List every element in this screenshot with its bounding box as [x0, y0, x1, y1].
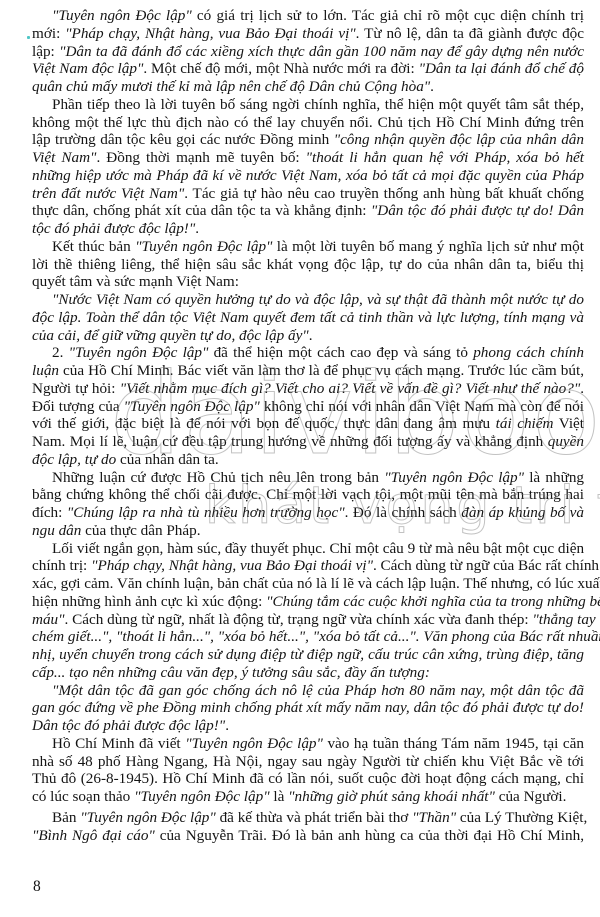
- text-segment: Lối viết ngắn gọn, hàm súc, đầy thuyết p…: [52, 540, 584, 557]
- italic-segment: luận: [32, 362, 59, 379]
- italic-segment: "Một dân tộc đã gan góc chống ách nô lệ …: [52, 682, 584, 699]
- text-line: mới: "Pháp chạy, Nhật hàng, vua Bảo Đại …: [32, 25, 584, 43]
- text-segment: Nam. Mọi lí lẽ, luận cứ đều tập trung hư…: [32, 433, 548, 450]
- text-line: lập trường dân tộc kêu gọi các nước Đồng…: [32, 131, 584, 149]
- text-segment: không chỉ nói với nhân dân Việt Nam mà c…: [260, 398, 584, 415]
- italic-segment: "Dân ta lại đánh đổ chế độ: [419, 60, 584, 77]
- italic-segment: "Tuyên ngôn Độc lập": [135, 238, 272, 255]
- text-segment: quyết tâm và sức mạnh Việt Nam:: [32, 273, 239, 290]
- text-line: chính trị: "Pháp chạy, Nhật hàng, vua Bả…: [32, 557, 584, 575]
- text-segment: của Người.: [495, 788, 567, 805]
- text-segment: là những: [524, 469, 584, 486]
- text-segment: là: [270, 788, 289, 805]
- text-line: Nam. Mọi lí lẽ, luận cứ đều tập trung hư…: [32, 433, 584, 451]
- text-line: của cải, để giữ vững quyền tự do, độc lậ…: [32, 327, 584, 345]
- text-line: 2. "Tuyên ngôn Độc lập" đã thể hiện một …: [32, 344, 584, 362]
- text-segment: .: [309, 327, 313, 344]
- text-segment: không một thế lực thù địch nào có thể la…: [32, 114, 584, 131]
- italic-segment: "Chúng tắm các cuộc khởi nghĩa của ta tr…: [266, 593, 600, 610]
- italic-segment: "Tuyên ngôn Độc lập": [185, 735, 323, 752]
- text-segment: . Tác giả tự hào nêu cao truyền thống an…: [184, 185, 584, 202]
- text-line: chém giết...", "thoát li hẳn...", "xóa b…: [32, 628, 584, 646]
- text-segment: Thủ đô (26-8-1945). Hồ Chí Minh đã có lầ…: [32, 770, 584, 787]
- text-line: những hiệp ước mà Pháp đã kí về nước Việ…: [32, 167, 584, 185]
- text-segment: Đối tượng của: [32, 398, 124, 415]
- text-line: Dân tộc đó phải được độc lập!".: [32, 717, 584, 735]
- italic-segment: "công nhận quyền độc lập của nhân dân: [334, 131, 584, 148]
- text-segment: Kết thúc bản: [52, 238, 135, 255]
- text-segment: .: [430, 78, 434, 95]
- italic-segment: "những giờ phút sảng khoái nhất": [288, 788, 495, 805]
- page-body: "Tuyên ngôn Độc lập" có giá trị lịch sử …: [32, 7, 584, 844]
- italic-segment: độc lập. Toàn thể dân tộc Việt Nam quyết…: [32, 309, 584, 326]
- text-segment: . Cách dùng từ ngữ, nhất là động từ, trạ…: [65, 611, 533, 628]
- text-line: ngu dân của thực dân Pháp.: [32, 522, 584, 540]
- text-line: máu". Cách dùng từ ngữ, nhất là động từ,…: [32, 611, 584, 629]
- scan-speck: [27, 36, 30, 39]
- text-segment: lập trường dân tộc kêu gọi các nước Đồng…: [32, 131, 334, 148]
- text-line: Bản "Tuyên ngôn Độc lập" đã kế thừa và p…: [32, 809, 584, 827]
- text-line: tộc đó phải được độc lập!".: [32, 220, 584, 238]
- text-line: lập: "Dân ta đã đánh đổ các xiềng xích t…: [32, 43, 584, 61]
- text-line: nhị, uyển chuyển trong cách sử dụng điệp…: [32, 646, 584, 664]
- text-line: độc lập, tự do của nhân dân ta.: [32, 451, 584, 469]
- italic-segment: nhị, uyển chuyển trong cách sử dụng điệp…: [32, 646, 584, 663]
- text-segment: của Lý Thường Kiệt,: [456, 809, 587, 826]
- italic-segment: "Thần": [412, 809, 456, 826]
- text-line: cấp... tạo nên những câu văn đẹp, ý tưởn…: [32, 664, 584, 682]
- text-line: không một thế lực thù địch nào có thể la…: [32, 114, 584, 132]
- text-segment: xác, gợi cảm. Văn chính luận, bản chất c…: [32, 575, 600, 592]
- text-line: với thế giới, đặc biệt là để nói với bọn…: [32, 415, 584, 433]
- page-number: 8: [33, 878, 41, 896]
- text-segment: chính trị:: [32, 557, 91, 574]
- italic-segment: máu": [32, 611, 65, 628]
- text-segment: có giá trị lịch sử to lớn. Tác giả chỉ r…: [192, 7, 584, 24]
- text-segment: Hồ Chí Minh đã viết: [52, 735, 185, 752]
- text-segment: có lúc soạn thảo: [32, 788, 134, 805]
- text-line: xác, gợi cảm. Văn chính luận, bản chất c…: [32, 575, 584, 593]
- text-segment: Bản: [52, 809, 80, 826]
- text-line: quyết tâm và sức mạnh Việt Nam:: [32, 273, 584, 291]
- text-line: Lối viết ngắn gọn, hàm súc, đầy thuyết p…: [32, 540, 584, 558]
- italic-segment: đàn áp khủng bố và: [461, 504, 584, 521]
- italic-segment: độc lập, tự do: [32, 451, 116, 468]
- text-segment: đã kế thừa và phát triển bài thơ: [216, 809, 412, 826]
- italic-segment: "Viết nhằm mục đích gì? Viết cho ai? Viế…: [120, 380, 581, 397]
- text-segment: bằng chứng không thể chối cãi được. Chỉ …: [32, 486, 584, 503]
- text-segment: . Cách dùng từ ngữ của Bác rất chính: [373, 557, 599, 574]
- italic-segment: "Pháp chạy, Nhật hàng, vua Bảo Đại thoái…: [91, 557, 373, 574]
- text-segment: của nhân dân ta.: [116, 451, 218, 468]
- text-segment: 2.: [52, 344, 69, 361]
- text-segment: . Đồng thời mạnh mẽ tuyên bố:: [96, 149, 305, 166]
- text-segment: nhà số 48 phố Hàng Ngang, Hà Nội, ngay s…: [32, 753, 584, 770]
- italic-segment: của cải, để giữ vững quyền tự do, độc lậ…: [32, 327, 309, 344]
- italic-segment: "thẳng tay: [532, 611, 595, 628]
- text-line: Đối tượng của "Tuyên ngôn Độc lập" không…: [32, 398, 584, 416]
- text-line: đích: "Chúng lập ra nhà tù nhiều hơn trư…: [32, 504, 584, 522]
- text-line: Kết thúc bản "Tuyên ngôn Độc lập" là một…: [32, 238, 584, 256]
- text-segment: của Hồ Chí Minh. Bác viết văn làm thơ là…: [59, 362, 584, 379]
- text-segment: .: [225, 717, 229, 734]
- text-line: thực dân, chống phát xít của dân tộc ta …: [32, 202, 584, 220]
- text-segment: . Từ nô lệ, dân ta đã giành được độc: [356, 25, 584, 42]
- text-line: Những luận cứ được Hồ Chủ tịch nêu lên t…: [32, 469, 584, 487]
- text-line: Việt Nam độc lập". Một chế độ mới, một N…: [32, 60, 584, 78]
- text-segment: . Một chế độ mới, một Nhà nước mới ra đờ…: [143, 60, 418, 77]
- text-segment: lời thề thiêng liêng, thể hiện sâu sắc k…: [32, 256, 584, 273]
- text-line: Việt Nam". Đồng thời mạnh mẽ tuyên bố: "…: [32, 149, 584, 167]
- italic-segment: gan góc đứng về phe Đồng minh chống phát…: [32, 699, 584, 716]
- text-line: Thủ đô (26-8-1945). Hồ Chí Minh đã có lầ…: [32, 770, 584, 788]
- text-line: độc lập. Toàn thể dân tộc Việt Nam quyết…: [32, 309, 584, 327]
- text-line: quân chủ mấy mươi thế kỉ mà lập nên chế …: [32, 78, 584, 96]
- italic-segment: cấp... tạo nên những câu văn đẹp, ý tưởn…: [32, 664, 430, 681]
- text-line: "Nước Việt Nam có quyền hưởng tự do và đ…: [32, 291, 584, 309]
- text-segment: Người tự hỏi:: [32, 380, 120, 397]
- text-segment: Những luận cứ được Hồ Chủ tịch nêu lên t…: [52, 469, 384, 486]
- text-line: hiện những hình ảnh cực kì xúc động: "Ch…: [32, 593, 584, 611]
- text-segment: vào hạ tuần tháng Tám năm 1945, tại căn: [323, 735, 584, 752]
- text-segment: .: [195, 220, 199, 237]
- italic-segment: quyền: [548, 433, 584, 450]
- italic-segment: "Dân tộc đó phải được tự do! Dân: [371, 202, 584, 219]
- italic-segment: Việt Nam độc lập": [32, 60, 143, 77]
- text-segment: của thực dân Pháp.: [81, 522, 200, 539]
- italic-segment: "thoát li hẳn quan hệ với Pháp, xóa bỏ h…: [306, 149, 584, 166]
- text-segment: mới:: [32, 25, 65, 42]
- text-line: có lúc soạn thảo "Tuyên ngôn Độc lập" là…: [32, 788, 584, 806]
- text-segment: lập:: [32, 43, 59, 60]
- text-segment: hiện những hình ảnh cực kì xúc động:: [32, 593, 266, 610]
- italic-segment: "Tuyên ngôn Độc lập": [80, 809, 216, 826]
- italic-segment: tái chiếm: [496, 415, 554, 432]
- text-segment: với thế giới, đặc biệt là để nói với bọn…: [32, 415, 496, 432]
- text-line: "Tuyên ngôn Độc lập" có giá trị lịch sử …: [32, 7, 584, 25]
- italic-segment: "Tuyên ngôn Độc lập": [134, 788, 270, 805]
- text-line: Hồ Chí Minh đã viết "Tuyên ngôn Độc lập"…: [32, 735, 584, 753]
- text-segment: của Nguyễn Trãi. Đó là bản anh hùng ca c…: [155, 827, 584, 844]
- italic-segment: "Pháp chạy, Nhật hàng, vua Bảo Đại thoái…: [65, 25, 356, 42]
- text-segment: thực dân, chống phát xít của dân tộc ta …: [32, 202, 371, 219]
- text-line: nhà số 48 phố Hàng Ngang, Hà Nội, ngay s…: [32, 753, 584, 771]
- italic-segment: "Tuyên ngôn Độc lập": [52, 7, 192, 24]
- italic-segment: "Chúng lập ra nhà tù nhiều hơn trường họ…: [67, 504, 345, 521]
- text-line: trên đất nước Việt Nam". Tác giả tự hào …: [32, 185, 584, 203]
- text-segment: là một lời tuyên bố mang ý nghĩa lịch sử…: [272, 238, 584, 255]
- italic-segment: "Nước Việt Nam có quyền hưởng tự do và đ…: [52, 291, 584, 308]
- text-segment: đã thể hiện một cách cao đẹp và sáng tỏ: [208, 344, 473, 361]
- italic-segment: Việt Nam": [32, 149, 96, 166]
- text-line: "Bình Ngô đại cáo" của Nguyễn Trãi. Đó l…: [32, 827, 584, 845]
- text-segment: Việt: [554, 415, 585, 432]
- text-line: luận của Hồ Chí Minh. Bác viết văn làm t…: [32, 362, 584, 380]
- text-line: gan góc đứng về phe Đồng minh chống phát…: [32, 699, 584, 717]
- italic-segment: "Dân ta đã đánh đổ các xiềng xích thực d…: [59, 43, 584, 60]
- text-segment: đích:: [32, 504, 67, 521]
- text-line: lời thề thiêng liêng, thể hiện sâu sắc k…: [32, 256, 584, 274]
- italic-segment: ngu dân: [32, 522, 81, 539]
- italic-segment: chém giết...", "thoát li hẳn...", "xóa b…: [32, 628, 600, 645]
- italic-segment: "Bình Ngô đại cáo": [32, 827, 155, 844]
- italic-segment: những hiệp ước mà Pháp đã kí về nước Việ…: [32, 167, 584, 184]
- italic-segment: phong cách chính: [473, 344, 584, 361]
- text-line: bằng chứng không thể chối cãi được. Chỉ …: [32, 486, 584, 504]
- italic-segment: quân chủ mấy mươi thế kỉ mà lập nên chế …: [32, 78, 430, 95]
- text-line: "Một dân tộc đã gan góc chống ách nô lệ …: [32, 682, 584, 700]
- italic-segment: Dân tộc đó phải được độc lập!": [32, 717, 225, 734]
- italic-segment: "Tuyên ngôn Độc lập": [124, 398, 260, 415]
- italic-segment: tộc đó phải được độc lập!": [32, 220, 195, 237]
- text-segment: . Đó là chính sách: [345, 504, 462, 521]
- text-segment: Phần tiếp theo là lời tuyên bố sáng ngời…: [52, 96, 584, 113]
- text-line: Người tự hỏi: "Viết nhằm mục đích gì? Vi…: [32, 380, 584, 398]
- italic-segment: trên đất nước Việt Nam": [32, 185, 184, 202]
- italic-segment: "Tuyên ngôn Độc lập": [384, 469, 524, 486]
- text-line: Phần tiếp theo là lời tuyên bố sáng ngời…: [32, 96, 584, 114]
- text-segment: .: [580, 380, 584, 397]
- italic-segment: "Tuyên ngôn Độc lập": [69, 344, 209, 361]
